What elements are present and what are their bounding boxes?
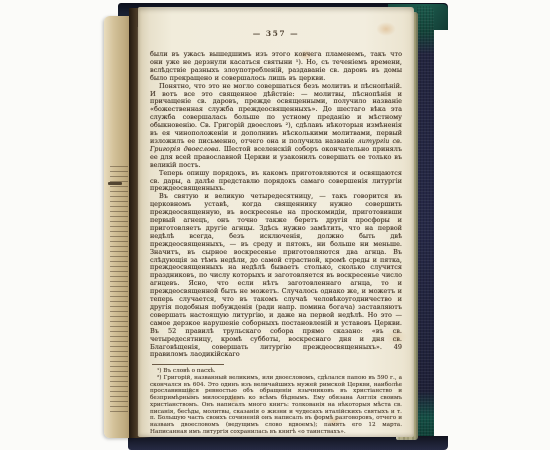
facing-page-edge	[104, 16, 132, 438]
page-content: — 357 — были въ ужасъ вышедшимъ изъ этог…	[150, 29, 402, 435]
paragraph-continuation: были въ ужасъ вышедшимъ изъ этого ковчег…	[150, 51, 402, 83]
paragraph: Понятно, что это не могло совершаться бе…	[150, 83, 402, 170]
footnote-separator-rule	[152, 364, 224, 365]
facing-page-text-lines	[110, 166, 128, 416]
paragraph-text: Понятно, что это не могло совершаться бе…	[150, 82, 402, 145]
book-cover-binding	[417, 6, 434, 444]
book-photo: — 357 — были въ ужасъ вышедшимъ изъ этог…	[0, 0, 550, 450]
paragraph: Теперь опишу порядокъ, въ какомъ пригото…	[150, 170, 402, 194]
page-body-text: были въ ужасъ вышедшимъ изъ этого ковчег…	[150, 51, 402, 359]
facing-page-text-mark	[108, 182, 122, 185]
paragraph: Въ святую и великую четыредесятницу, — т…	[150, 193, 402, 359]
page-number: — 357 —	[150, 29, 402, 38]
footnotes-block: ¹) Въ словѣ о пасхѣ. ²) Григорій, назван…	[150, 368, 402, 435]
book-page: — 357 — были въ ужасъ вышедшимъ изъ этог…	[138, 7, 414, 437]
footnote: ²) Григорій, названный великимъ, или дво…	[150, 375, 402, 435]
